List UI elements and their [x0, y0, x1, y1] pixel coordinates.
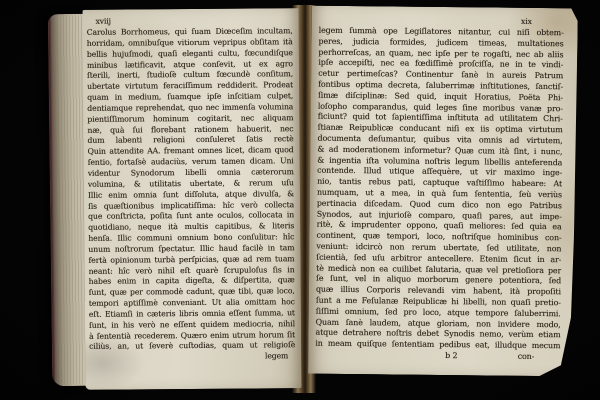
left-page-textblock: xviij Carolus Borrhomeus, qui ſuam Diœce… — [87, 15, 296, 364]
right-page-catchword: con- — [518, 352, 535, 363]
left-page-catchword: legem — [89, 352, 295, 365]
signature-mark: b 2 — [445, 351, 457, 362]
right-page-textblock: xix legem ſummà ope Legiſlatores nitantu… — [315, 15, 564, 364]
right-page-footer: b 2 con- — [315, 350, 560, 365]
right-page: xix legem ſummà ope Legiſlatores nitantu… — [308, 6, 578, 377]
left-page-lines: Carolus Borrhomeus, qui ſuam Diœceſim in… — [87, 26, 296, 353]
book-photograph: xviij Carolus Borrhomeus, qui ſuam Diœce… — [0, 0, 600, 400]
right-page-lines: legem ſummà ope Legiſlatores nitantur, c… — [315, 26, 563, 352]
left-page: xviij Carolus Borrhomeus, qui ſuam Diœce… — [83, 8, 302, 390]
